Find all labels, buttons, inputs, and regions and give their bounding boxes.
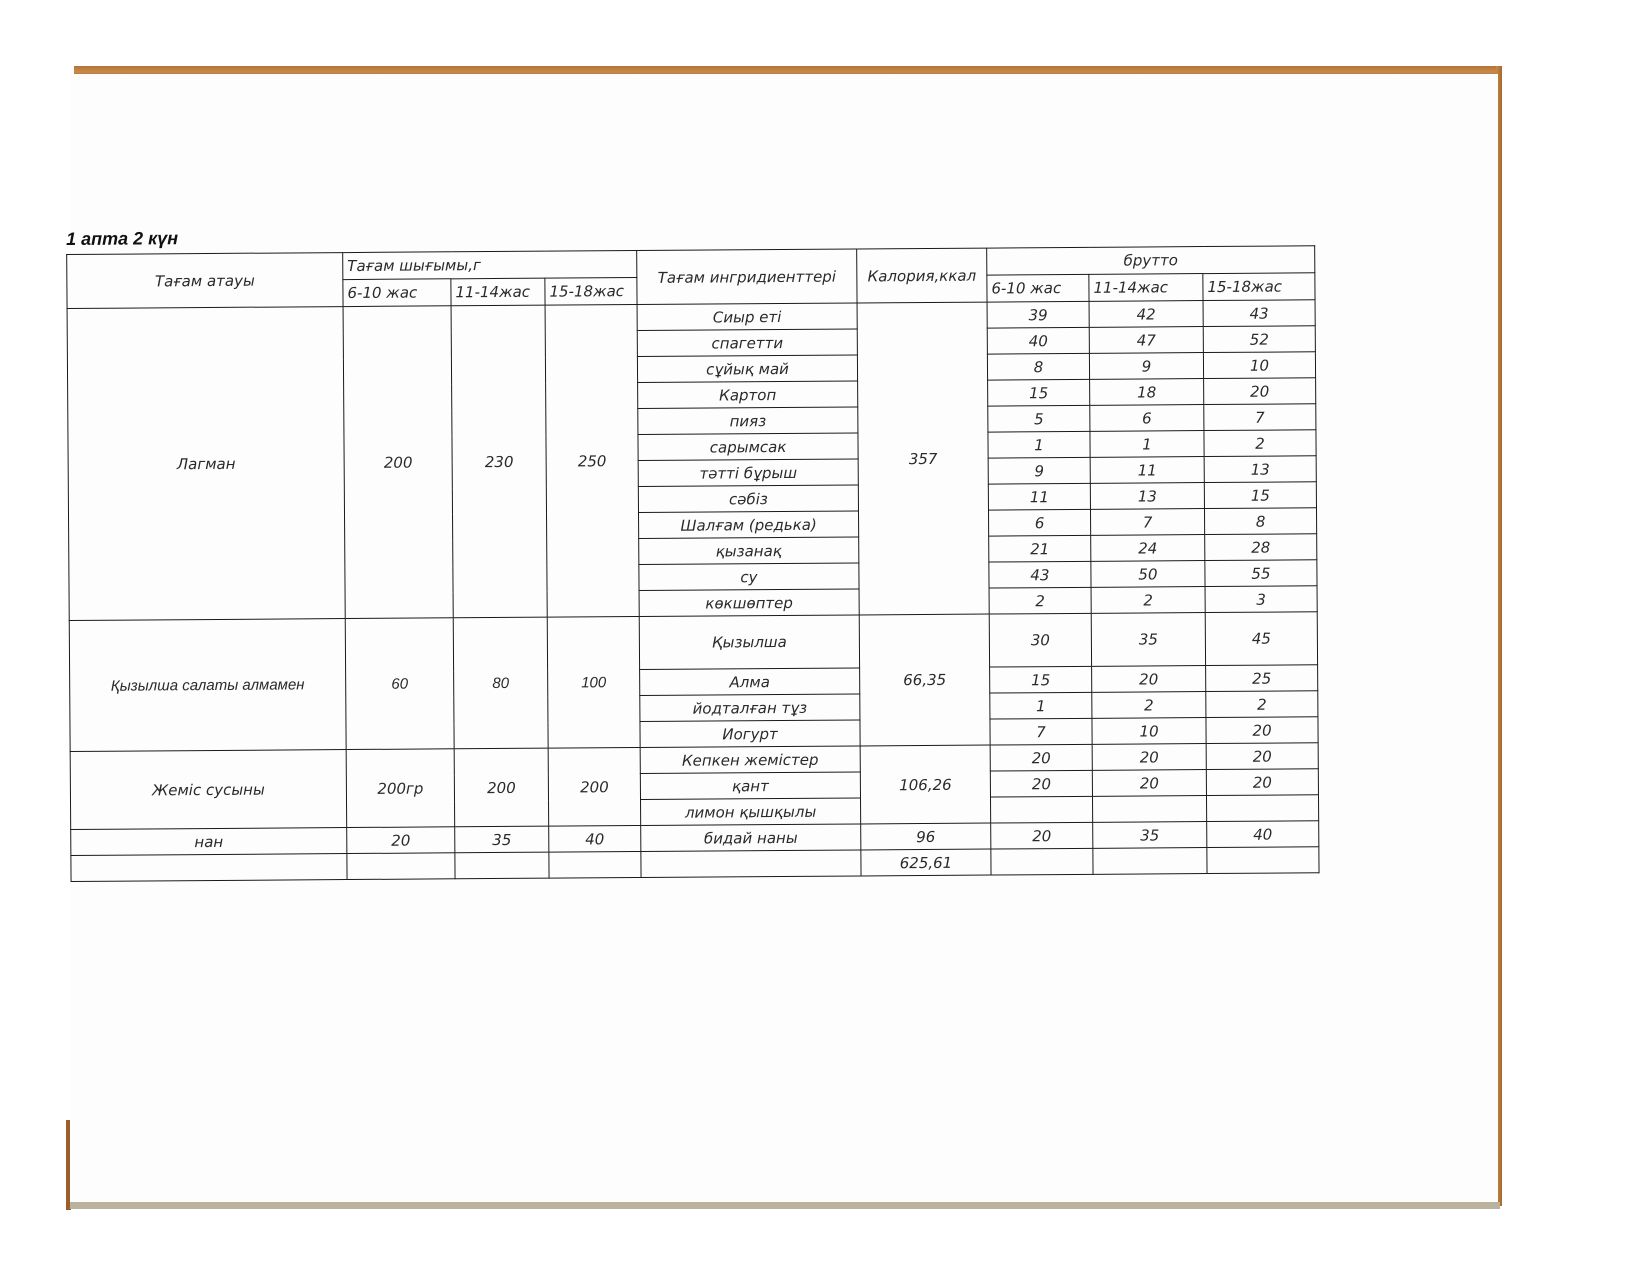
header-dish-name: Тағам атауы	[67, 253, 343, 309]
gross-weight-cell: 42	[1089, 301, 1203, 328]
gross-weight-cell: 43	[1203, 300, 1315, 327]
gross-weight-cell: 2	[1092, 692, 1206, 719]
dish-name-cell: Қызылша салаты алмамен	[69, 619, 346, 752]
ingredient-name-cell: Сиыр еті	[637, 303, 857, 331]
gross-weight-cell: 20	[1206, 743, 1318, 770]
gross-weight-cell: 50	[1091, 561, 1205, 588]
gross-weight-cell: 13	[1090, 483, 1204, 510]
gross-weight-cell: 15	[1204, 482, 1316, 509]
empty-cell	[455, 852, 549, 879]
dish-output-cell: 230	[451, 305, 547, 618]
dish-output-cell: 80	[453, 617, 548, 749]
calories-cell: 357	[857, 302, 989, 615]
dish-output-cell: 200гр	[346, 749, 455, 828]
gross-weight-cell	[1206, 795, 1318, 822]
dish-name-cell: нан	[71, 828, 347, 856]
ingredient-name-cell: лимон қышқылы	[641, 798, 861, 826]
header-gross-group: брутто	[987, 246, 1315, 275]
gross-weight-cell: 20	[1092, 744, 1206, 771]
gross-weight-cell: 28	[1205, 534, 1317, 561]
total-calories-cell: 625,61	[861, 849, 991, 876]
dish-output-cell: 40	[549, 826, 641, 853]
ingredient-name-cell: бидай наны	[641, 824, 861, 852]
gross-weight-cell: 15	[988, 379, 1090, 406]
calories-cell: 96	[861, 823, 991, 850]
gross-weight-cell: 7	[1090, 509, 1204, 536]
gross-weight-cell: 20	[990, 744, 1092, 771]
dish-name-cell: Жеміс сусыны	[70, 750, 347, 830]
gross-weight-cell: 20	[1206, 717, 1318, 744]
header-gross-age-3: 15-18жас	[1203, 273, 1315, 301]
header-calories: Калория,ккал	[857, 248, 987, 303]
ingredient-name-cell: қызанақ	[639, 537, 859, 565]
gross-weight-cell: 24	[1091, 535, 1205, 562]
gross-weight-cell: 11	[1090, 457, 1204, 484]
ingredient-name-cell: қант	[640, 772, 860, 800]
empty-cell	[71, 854, 347, 882]
ingredient-name-cell: сәбіз	[638, 485, 858, 513]
gross-weight-cell: 40	[1207, 821, 1319, 848]
gross-weight-cell: 52	[1203, 326, 1315, 353]
gross-weight-cell: 2	[1091, 587, 1205, 614]
gross-weight-cell: 9	[1089, 353, 1203, 380]
gross-weight-cell: 1	[1090, 431, 1204, 458]
gross-weight-cell: 10	[1092, 718, 1206, 745]
dish-name-cell: Лагман	[67, 307, 345, 621]
dish-output-cell: 35	[455, 826, 549, 853]
gross-weight-cell: 2	[989, 587, 1091, 614]
calories-cell: 106,26	[860, 745, 991, 824]
header-gross-age-1: 6-10 жас	[987, 274, 1089, 302]
gross-weight-cell: 11	[988, 483, 1090, 510]
gross-weight-cell: 40	[987, 327, 1089, 354]
ingredient-name-cell: Картоп	[638, 381, 858, 409]
ingredient-name-cell: йодталған тұз	[640, 694, 860, 722]
gross-weight-cell: 8	[1204, 508, 1316, 535]
header-output-group: Тағам шығымы,г	[343, 251, 637, 280]
gross-weight-cell: 9	[988, 457, 1090, 484]
ingredient-name-cell: пияз	[638, 407, 858, 435]
paper-edge-shadow	[70, 1202, 1500, 1209]
gross-weight-cell: 43	[989, 561, 1091, 588]
empty-cell	[641, 850, 861, 878]
gross-weight-cell: 6	[988, 509, 1090, 536]
gross-weight-cell: 1	[990, 692, 1092, 719]
gross-weight-cell: 10	[1203, 352, 1315, 379]
gross-weight-cell: 18	[1090, 379, 1204, 406]
gross-weight-cell: 45	[1205, 612, 1317, 666]
gross-weight-cell: 7	[990, 718, 1092, 745]
table-row: Қызылша салаты алмамен6080100Қызылша66,3…	[69, 612, 1317, 674]
empty-cell	[549, 852, 641, 879]
gross-weight-cell: 7	[1204, 404, 1316, 431]
empty-cell	[1207, 847, 1319, 874]
gross-weight-cell: 15	[990, 666, 1092, 693]
dish-output-cell: 200	[343, 306, 453, 619]
gross-weight-cell: 8	[987, 353, 1089, 380]
gross-weight-cell	[990, 796, 1092, 823]
gross-weight-cell: 3	[1205, 586, 1317, 613]
dish-output-cell: 200	[548, 748, 641, 827]
header-output-age-1: 6-10 жас	[343, 279, 451, 307]
gross-weight-cell: 35	[1093, 822, 1207, 849]
dish-output-cell: 60	[345, 618, 454, 750]
gross-weight-cell: 30	[989, 613, 1091, 667]
header-output-age-2: 11-14жас	[451, 278, 545, 306]
menu-table-body: Лагман200230250Сиыр еті357394243спагетти…	[67, 300, 1319, 882]
ingredient-name-cell: тәтті бұрыш	[638, 459, 858, 487]
ingredient-name-cell: сұйық май	[637, 355, 857, 383]
menu-table: Тағам атауы Тағам шығымы,г Тағам ингриди…	[66, 245, 1319, 882]
gross-weight-cell: 20	[1204, 378, 1316, 405]
gross-weight-cell: 20	[991, 822, 1093, 849]
ingredient-name-cell: сарымсак	[638, 433, 858, 461]
gross-weight-cell: 20	[1092, 666, 1206, 693]
ingredient-name-cell: көкшөптер	[639, 589, 859, 617]
gross-weight-cell: 20	[1206, 769, 1318, 796]
empty-cell	[347, 853, 455, 880]
gross-weight-cell: 35	[1091, 613, 1205, 667]
gross-weight-cell: 47	[1089, 327, 1203, 354]
ingredient-name-cell: Қызылша	[639, 615, 859, 670]
gross-weight-cell: 1	[988, 431, 1090, 458]
calories-cell: 66,35	[859, 614, 990, 746]
dish-output-cell: 20	[347, 827, 455, 854]
header-output-age-3: 15-18жас	[545, 278, 637, 306]
gross-weight-cell: 55	[1205, 560, 1317, 587]
ingredient-name-cell: Шалғам (редька)	[639, 511, 859, 539]
gross-weight-cell: 20	[990, 770, 1092, 797]
gross-weight-cell: 39	[987, 301, 1089, 328]
empty-cell	[1093, 848, 1207, 875]
ingredient-name-cell: Алма	[640, 668, 860, 696]
header-gross-age-2: 11-14жас	[1089, 274, 1203, 302]
ingredient-name-cell: су	[639, 563, 859, 591]
gross-weight-cell: 5	[988, 405, 1090, 432]
gross-weight-cell: 20	[1092, 770, 1206, 797]
gross-weight-cell: 25	[1206, 665, 1318, 692]
gross-weight-cell: 2	[1204, 430, 1316, 457]
gross-weight-cell: 21	[989, 535, 1091, 562]
ingredient-name-cell: Кепкен жемістер	[640, 746, 860, 774]
ingredient-name-cell: Иогурт	[640, 720, 860, 748]
dish-output-cell: 250	[545, 305, 639, 618]
dish-output-cell: 100	[547, 617, 640, 749]
gross-weight-cell: 6	[1090, 405, 1204, 432]
dish-output-cell: 200	[454, 748, 549, 827]
empty-cell	[991, 848, 1093, 875]
ingredient-name-cell: спагетти	[637, 329, 857, 357]
menu-document: 1 апта 2 күн Тағам атауы Тағам шығымы,г …	[66, 219, 1320, 882]
header-ingredients: Тағам ингридиенттері	[637, 249, 857, 305]
gross-weight-cell: 13	[1204, 456, 1316, 483]
gross-weight-cell	[1092, 796, 1206, 823]
gross-weight-cell: 2	[1206, 691, 1318, 718]
